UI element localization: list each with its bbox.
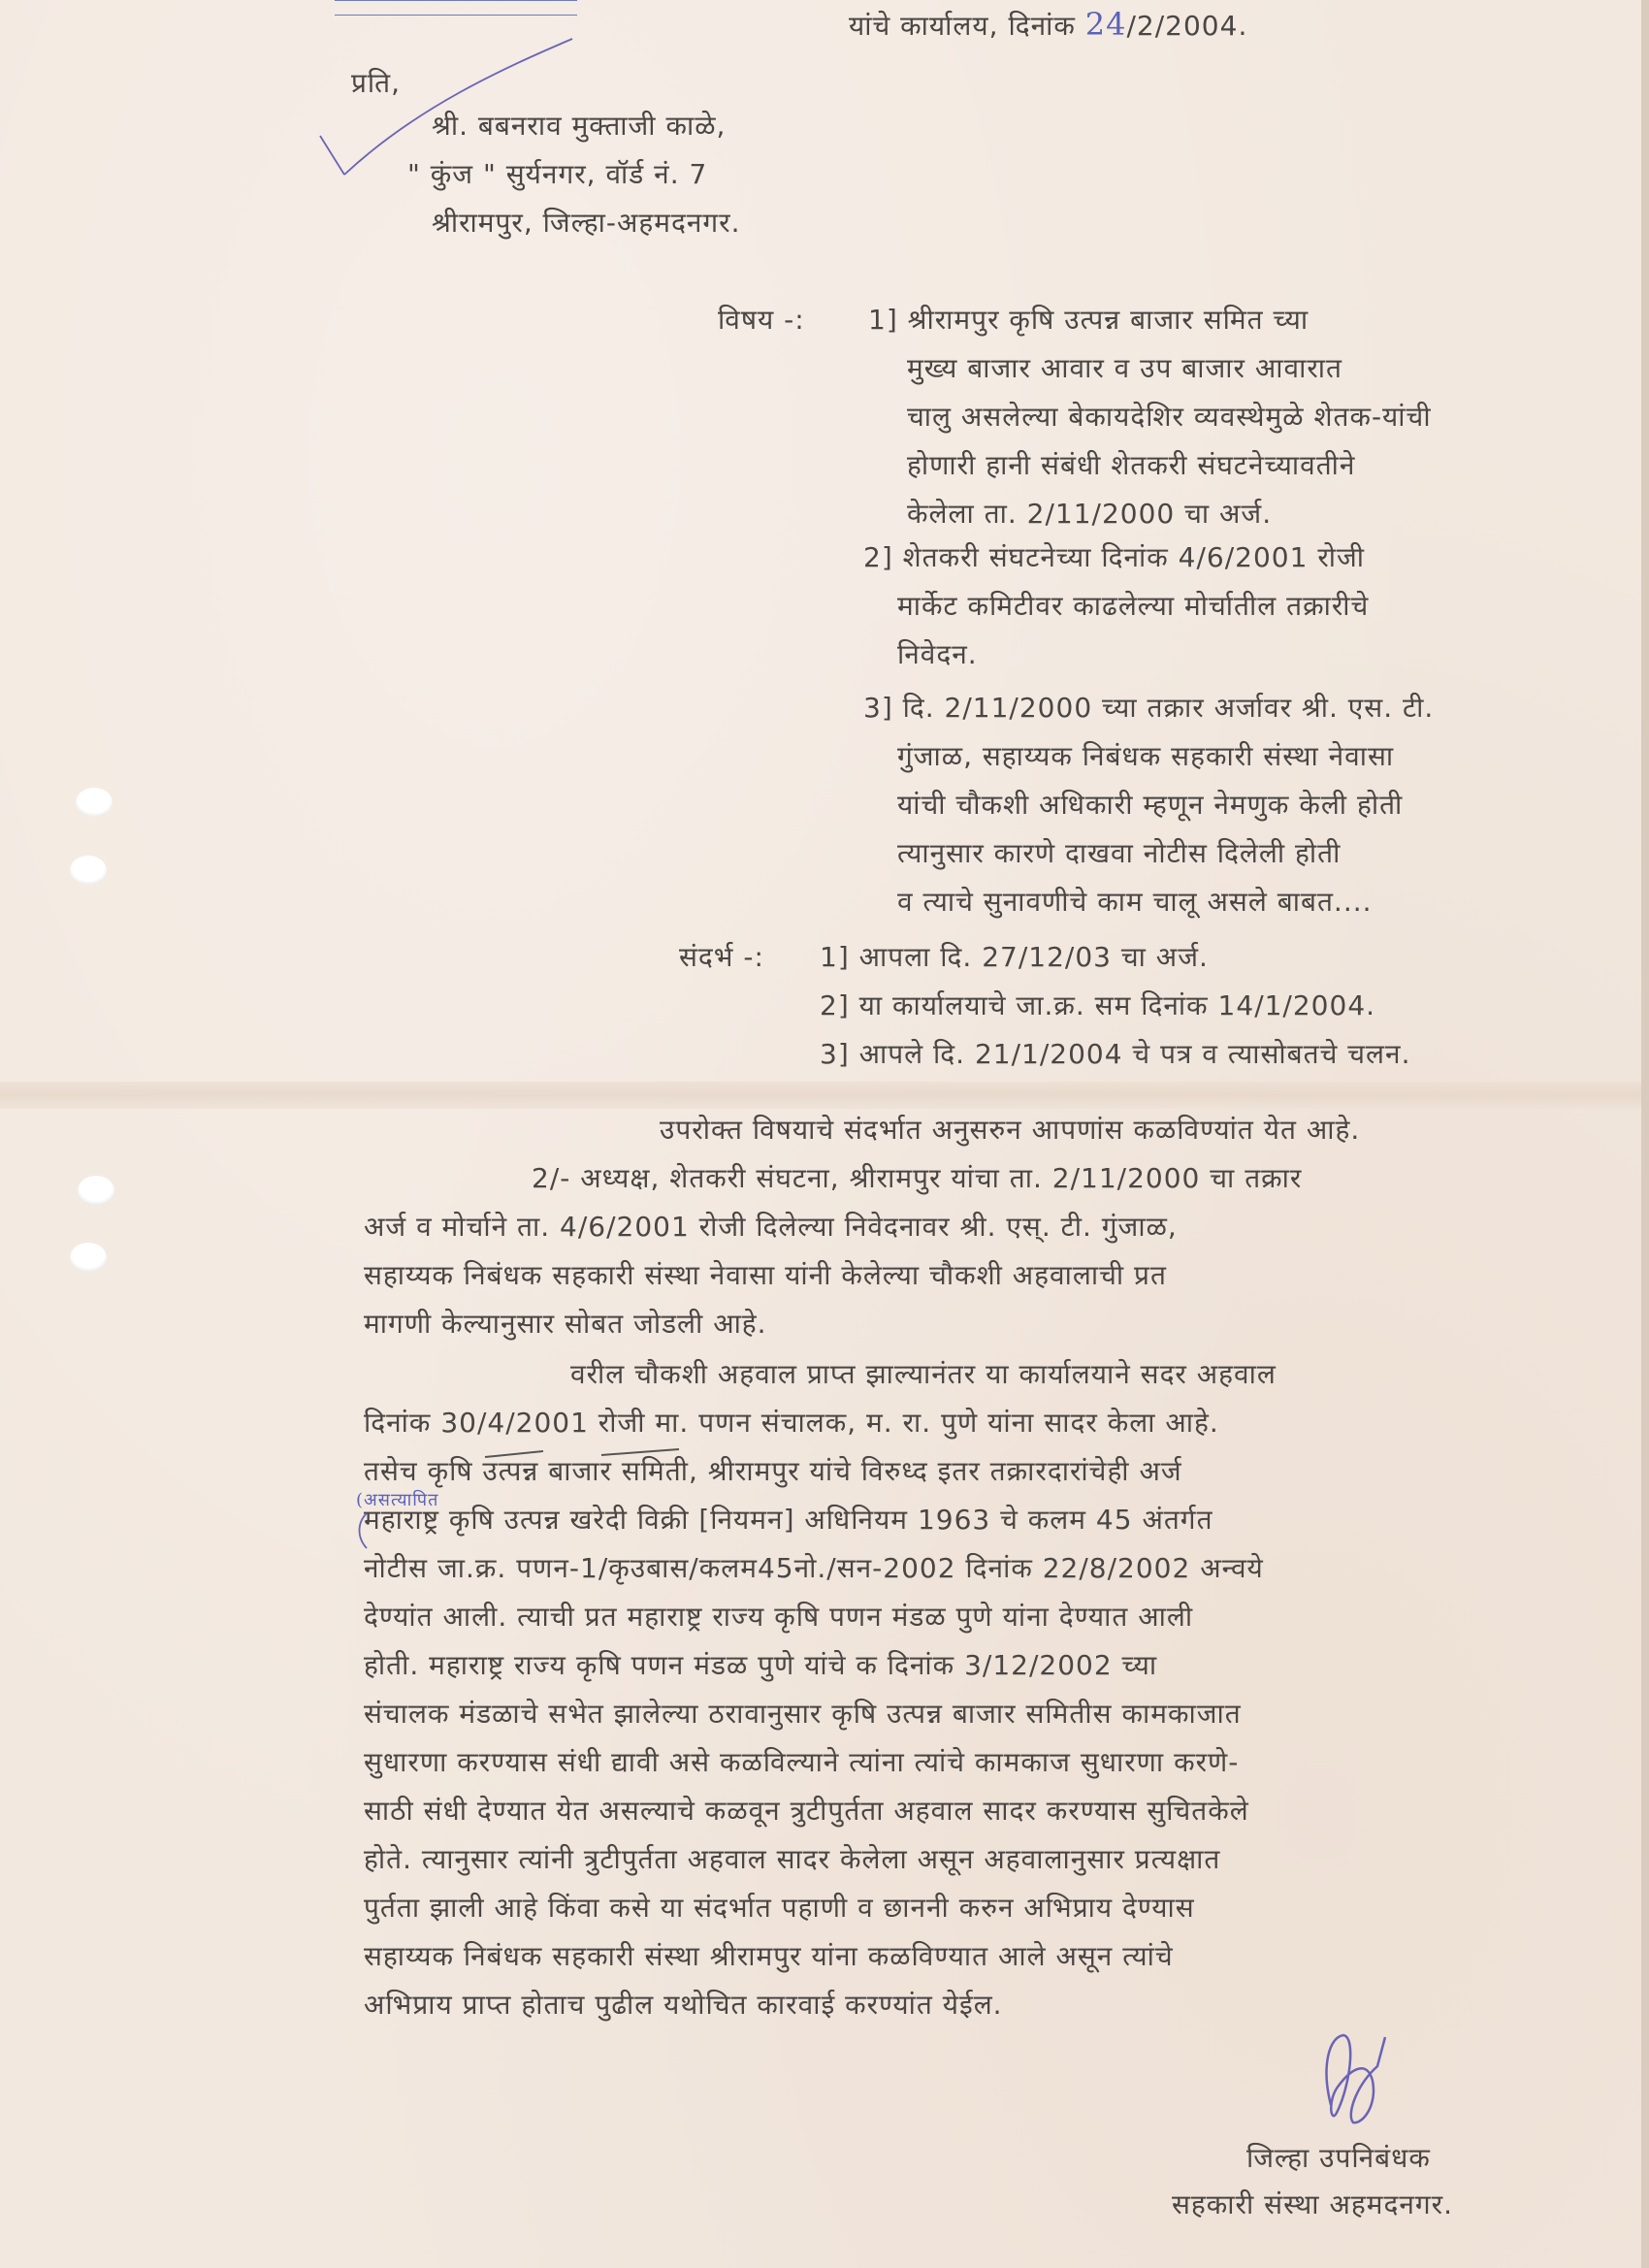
body-para-3-line: वरील चौकशी अहवाल प्राप्त झाल्यानंतर या क… <box>570 1355 1277 1392</box>
margin-annotation: (असत्यापित <box>356 1488 438 1511</box>
punch-hole <box>70 1243 107 1272</box>
signatory-office: सहकारी संस्था अहमदनगर. <box>1172 2186 1453 2222</box>
body-para-2-line: अर्ज व मोर्चाने ता. 4/6/2001 रोजी दिलेल्… <box>364 1208 1178 1245</box>
body-para-3-line: तसेच कृषि उत्पन्न बाजार समिती, श्रीरामपु… <box>364 1452 1182 1489</box>
subject-item-line: निवेदन. <box>897 635 978 672</box>
punch-hole <box>78 1176 114 1205</box>
punch-hole <box>76 788 113 817</box>
subject-item-line: त्यानुसार कारणे दाखवा नोटीस दिलेली होती <box>897 834 1341 871</box>
body-para-2-line: सहाय्यक निबंधक सहकारी संस्था नेवासा यांन… <box>364 1256 1167 1293</box>
subject-item-1: 1] श्रीरामपुर कृषि उत्पन्न बाजार समित च्… <box>868 301 1309 338</box>
body-para-3-line: होती. महाराष्ट्र राज्य कृषि पणन मंडळ पुण… <box>364 1646 1157 1683</box>
subject-item-line: यांची चौकशी अधिकारी म्हणून नेमणुक केली ह… <box>897 786 1403 823</box>
office-line-prefix: यांचे कार्यालय, दिनांक <box>849 10 1076 42</box>
subject-item-line: व त्याचे सुनावणीचे काम चालू असले बाबत...… <box>897 883 1373 920</box>
subject-item-line: केलेला ता. 2/11/2000 चा अर्ज. <box>907 495 1272 532</box>
reference-item-2: 2] या कार्यालयाचे जा.क्र. सम दिनांक 14/1… <box>820 987 1375 1023</box>
body-para-3-line: साठी संधी देण्यात येत असल्याचे कळवून त्र… <box>364 1792 1249 1829</box>
subject-item-line: होणारी हानी संबंधी शेतकरी संघटनेच्यावतीन… <box>907 446 1355 483</box>
subject-item-line: मुख्य बाजार आवार व उप बाजार आवारात <box>907 349 1342 386</box>
body-para-3-line: नोटीस जा.क्र. पणन-1/कृउबास/कलम45नो./सन-2… <box>364 1549 1264 1586</box>
reference-label: संदर्भ -: <box>679 938 764 975</box>
body-para-3-line: संचालक मंडळाचे सभेत झालेल्या ठरावानुसार … <box>364 1695 1242 1732</box>
subject-item-2: 2] शेतकरी संघटनेच्या दिनांक 4/6/2001 रोज… <box>863 538 1365 575</box>
body-para-2-line: 2/- अध्यक्ष, शेतकरी संघटना, श्रीरामपुर य… <box>532 1159 1302 1196</box>
body-para-1: उपरोक्त विषयाचे संदर्भात अनुसरुन आपणांस … <box>660 1111 1360 1148</box>
subject-item-line: गुंजाळ, सहाय्यक निबंधक सहकारी संस्था नेव… <box>897 737 1394 774</box>
handwritten-day: 24 <box>1085 6 1127 43</box>
body-para-2-line: मागणी केल्यानुसार सोबत जोडली आहे. <box>364 1305 767 1342</box>
reference-item-1: 1] आपला दि. 27/12/03 चा अर्ज. <box>820 938 1209 975</box>
paper-fold-crease <box>0 1082 1649 1109</box>
addressee-name: श्री. बबनराव मुक्ताजी काळे, <box>432 107 726 144</box>
signatory-title: जिल्हा उपनिबंधक <box>1246 2139 1431 2176</box>
date-rest: /2/2004. <box>1127 10 1248 42</box>
punch-hole <box>70 856 107 885</box>
subject-label: विषय -: <box>718 301 805 338</box>
top-pen-lines <box>335 0 577 16</box>
prati-label: प्रति, <box>351 64 401 101</box>
body-para-3-line: देण्यांत आली. त्याची प्रत महाराष्ट्र राज… <box>364 1598 1193 1635</box>
body-para-3-line: दिनांक 30/4/2001 रोजी मा. पणन संचालक, म.… <box>364 1404 1219 1441</box>
paper-right-edge <box>1641 0 1649 2268</box>
subject-item-line: मार्केट कमिटीवर काढलेल्या मोर्चातील तक्र… <box>897 587 1369 624</box>
body-para-3-line: होते. त्यानुसार त्यांनी त्रुटीपुर्तता अह… <box>364 1840 1220 1877</box>
reference-item-3: 3] आपले दि. 21/1/2004 चे पत्र व त्यासोबत… <box>820 1035 1410 1072</box>
addressee-city: श्रीरामपुर, जिल्हा-अहमदनगर. <box>432 204 741 241</box>
subject-item-3: 3] दि. 2/11/2000 च्या तक्रार अर्जावर श्र… <box>863 689 1434 726</box>
addressee-address: " कुंज " सुर्यनगर, वॉर्ड नं. 7 <box>407 155 707 192</box>
body-para-3-line: अभिप्राय प्राप्त होताच पुढील यथोचित कारव… <box>364 1986 1003 2023</box>
body-para-3-line: सहाय्यक निबंधक सहकारी संस्था श्रीरामपुर … <box>364 1937 1174 1974</box>
body-para-3-line: पुर्तता झाली आहे किंवा कसे या संदर्भात प… <box>364 1889 1195 1926</box>
office-date-line: यांचे कार्यालय, दिनांक 24/2/2004. <box>849 6 1247 44</box>
body-para-3-line: सुधारणा करण्यास संधी द्यावी असे कळविल्या… <box>364 1743 1239 1780</box>
body-para-3-line: महाराष्ट्र कृषि उत्पन्न खरेदी विक्री [नि… <box>364 1501 1213 1538</box>
subject-item-line: चालु असलेल्या बेकायदेशिर व्यवस्थेमुळे शे… <box>907 398 1432 435</box>
